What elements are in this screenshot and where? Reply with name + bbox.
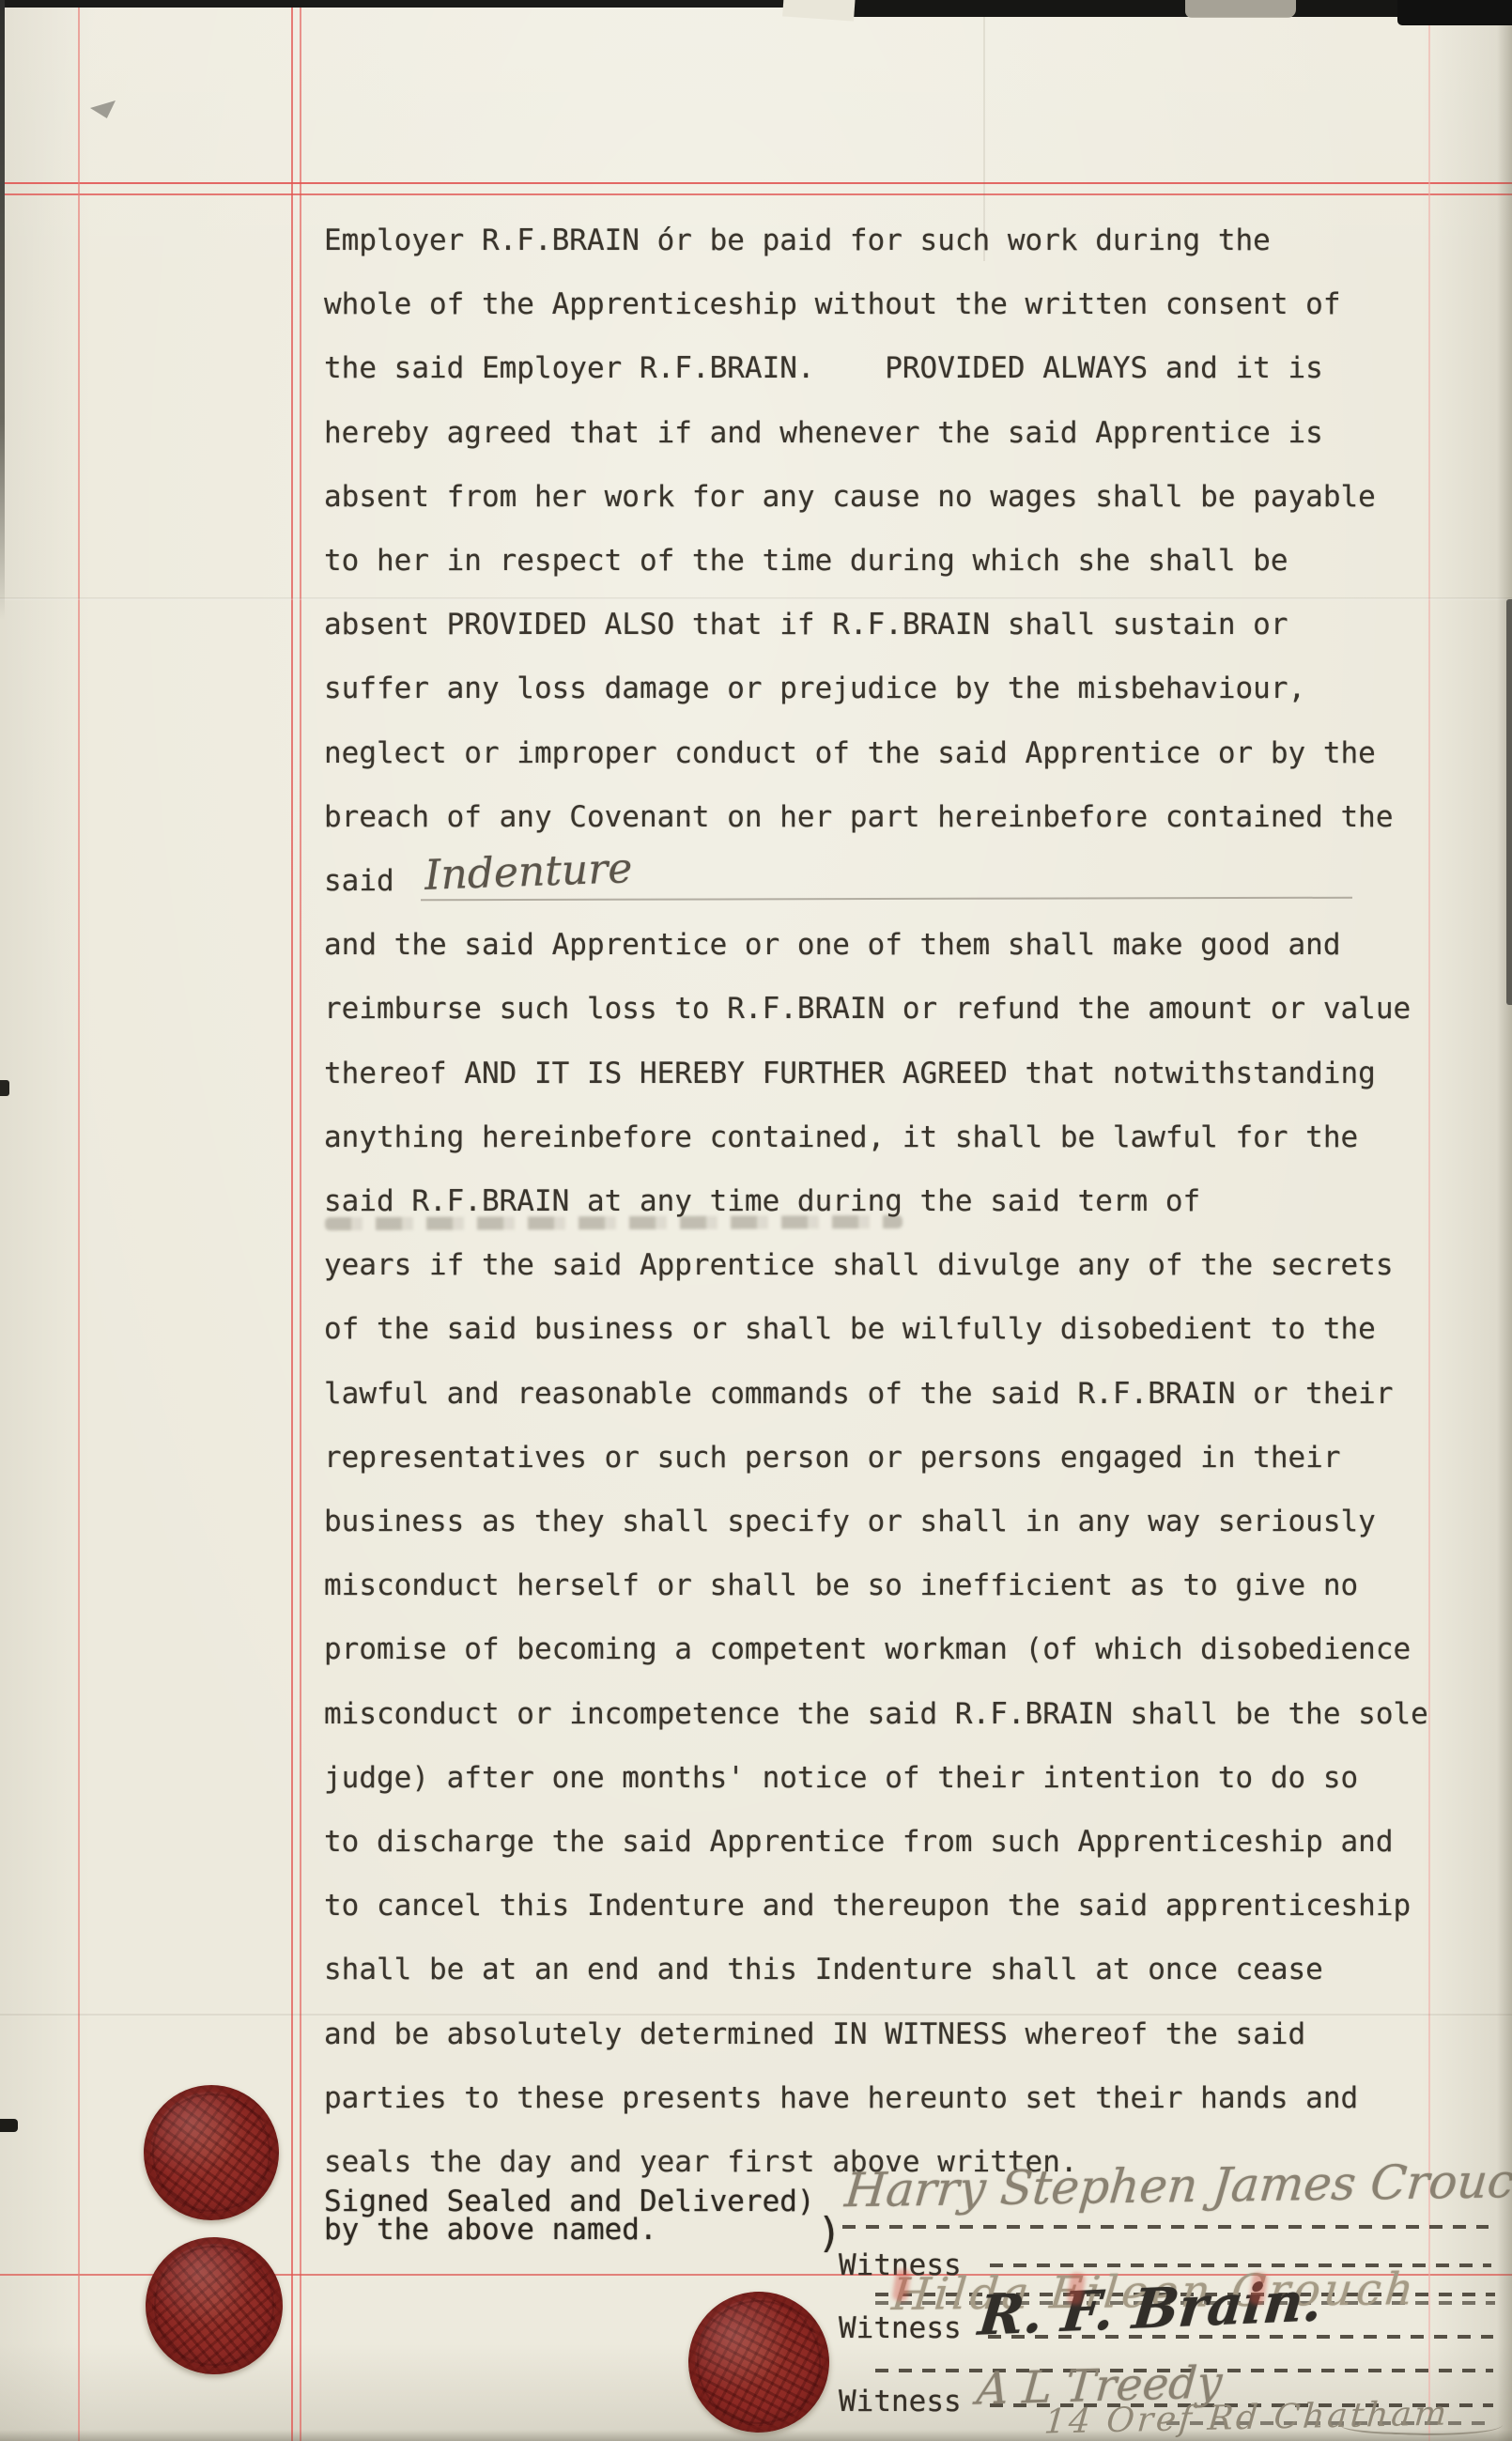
wax-seal-icon	[131, 2223, 298, 2389]
scan-edge-mark	[0, 2119, 18, 2132]
pencil-underline	[421, 897, 1352, 902]
typed-line: absent from her work for any cause no wa…	[324, 478, 1376, 516]
scan-right-edge	[1506, 599, 1512, 1005]
handwritten-inserted-word: Indenture	[424, 844, 633, 900]
scan-edge-mark	[0, 1080, 9, 1096]
signature-principal: Harry Stephen James Crouch	[842, 2154, 1512, 2217]
scan-top-right-corner	[1397, 0, 1512, 25]
fold-crease	[0, 597, 1512, 600]
typed-line: the said Employer R.F.BRAIN. PROVIDED AL…	[324, 349, 1323, 387]
document-page: Employer R.F.BRAIN ór be paid for such w…	[0, 0, 1512, 2441]
typed-line: whole of the Apprenticeship without the …	[324, 286, 1341, 323]
typed-line: representatives or such person or person…	[324, 1439, 1341, 1476]
typed-line: reimburse such loss to R.F.BRAIN or refu…	[324, 990, 1411, 1027]
scan-left-edge	[0, 0, 5, 620]
wax-seal-icon	[144, 2085, 279, 2220]
torn-paper-patch	[1185, 0, 1296, 18]
typed-line: to discharge the said Apprentice from su…	[324, 1823, 1393, 1861]
torn-paper-notch	[782, 0, 856, 22]
typed-line: to cancel this Indenture and thereupon t…	[324, 1887, 1411, 1924]
typed-line: misconduct herself or shall be so ineffi…	[324, 1567, 1358, 1604]
typed-line: judge) after one months' notice of their…	[324, 1759, 1358, 1797]
typed-line: and be absolutely determined IN WITNESS …	[324, 2016, 1305, 2053]
typed-line: lawful and reasonable commands of the sa…	[324, 1375, 1393, 1413]
typed-line: and the said Apprentice or one of them s…	[324, 926, 1341, 964]
typed-line: business as they shall specify or shall …	[324, 1503, 1376, 1540]
vertical-margin-line	[291, 0, 293, 2441]
typed-line: said R.F.BRAIN at any time during the sa…	[324, 1182, 1200, 1220]
typed-line: said	[324, 862, 394, 900]
typed-line: promise of becoming a competent workman …	[324, 1630, 1411, 1668]
vertical-margin-line	[300, 0, 301, 2441]
typed-line: misconduct or incompetence the said R.F.…	[324, 1695, 1428, 1733]
wax-seal-icon	[679, 2282, 838, 2441]
witness-label-3: Witness	[839, 2385, 962, 2418]
horizontal-ruled-line	[0, 193, 1512, 195]
typed-line: suffer any loss damage or prejudice by t…	[324, 670, 1305, 707]
horizontal-ruled-line	[0, 182, 1512, 184]
typed-line: shall be at an end and this Indenture sh…	[324, 1951, 1323, 1988]
typed-line: of the said business or shall be wilfull…	[324, 1310, 1376, 1348]
typed-line: years if the said Apprentice shall divul…	[324, 1246, 1393, 1284]
pencil-corner-mark	[90, 100, 116, 118]
typed-line: neglect or improper conduct of the said …	[324, 734, 1376, 772]
vertical-margin-line	[78, 0, 80, 2441]
attestation-line-2: by the above named.	[324, 2213, 657, 2247]
typed-line: breach of any Covenant on her part herei…	[324, 798, 1393, 836]
typed-line: anything hereinbefore contained, it shal…	[324, 1119, 1358, 1156]
vertical-margin-line	[1428, 0, 1430, 2441]
typed-dash-line	[841, 2225, 1489, 2229]
typed-line: absent PROVIDED ALSO that if R.F.BRAIN s…	[324, 606, 1288, 643]
typed-line: parties to these presents have hereunto …	[324, 2079, 1358, 2117]
typed-line: Employer R.F.BRAIN ór be paid for such w…	[324, 222, 1271, 259]
typed-line: hereby agreed that if and whenever the s…	[324, 414, 1323, 452]
typed-line: thereof AND IT IS HEREBY FURTHER AGREED …	[324, 1055, 1376, 1092]
typed-line: to her in respect of the time during whi…	[324, 542, 1288, 579]
page-bottom-shadow	[0, 2430, 1512, 2441]
page-right-shadow	[1497, 0, 1512, 2441]
